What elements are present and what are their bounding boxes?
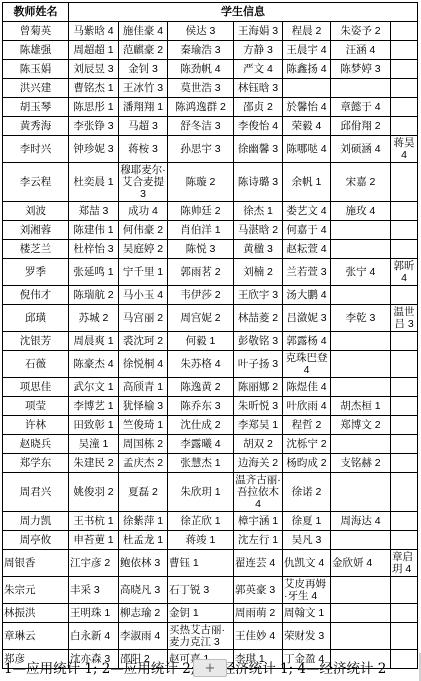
student-cell[interactable]: 陈乔东 3 [168, 397, 234, 416]
teacher-name-cell[interactable]: 项莹 [3, 397, 69, 416]
teacher-name-cell[interactable]: 胡玉琴 [3, 98, 69, 117]
student-cell[interactable]: 李乾 3 [331, 305, 391, 332]
table-row: 石薇陈豪杰 4徐悦桐 4朱苏格 4叶子扬 3克珠巴登 4 [3, 351, 418, 378]
student-cell[interactable]: 周国栋 2 [119, 435, 168, 454]
table-row: 周君兴姚俊羽 2夏磊 2朱欣玥 1温齐古丽·吾拉依木 4徐诺 2 [3, 473, 418, 512]
student-cell[interactable]: 翟连芸 4 [234, 550, 283, 577]
student-cell[interactable]: 吴潼 1 [69, 435, 119, 454]
student-cell[interactable] [391, 60, 418, 79]
student-cell[interactable]: 朱建民 2 [69, 454, 119, 473]
teacher-name-cell[interactable]: 项思佳 [3, 378, 69, 397]
student-cell[interactable]: 朱姿予 2 [331, 22, 391, 41]
student-cell[interactable]: 金欣妍 4 [331, 550, 391, 577]
table-row: 项莹李博艺 1犹怿榆 3陈乔东 3朱昕悦 3叶欣雨 4胡杰桓 1 [3, 397, 418, 416]
student-cell[interactable]: 竺俊琦 1 [119, 416, 168, 435]
student-cell[interactable]: 樟宇涵 1 [234, 512, 283, 531]
student-cell[interactable]: 马宫丽 2 [119, 305, 168, 332]
teacher-name-cell[interactable]: 周君兴 [3, 473, 69, 512]
table-row: 刘波郑喆 3成功 4陈帅廷 2徐杰 1娄艺文 4施玫 4 [3, 202, 418, 221]
student-cell[interactable] [331, 286, 391, 305]
student-cell[interactable]: 荣财发 3 [283, 623, 331, 650]
student-cell[interactable]: 章懿于 4 [331, 98, 391, 117]
table-row: 曾菊英马紫晗 4施佳豪 4侯达 3王海娟 3程晨 2朱姿予 2 [3, 22, 418, 41]
teacher-name-cell[interactable]: 李云程 [3, 163, 69, 202]
table-row: 章琳云白永新 4李淑雨 4买热艾古丽·麦力克江 3王佳妙 4荣财发 3 [3, 623, 418, 650]
teacher-name-cell[interactable]: 陈雄强 [3, 41, 69, 60]
student-cell[interactable] [283, 79, 331, 98]
student-cell[interactable] [391, 22, 418, 41]
student-cell[interactable]: 叶欣雨 4 [283, 397, 331, 416]
student-cell[interactable]: 陈丽娜 2 [234, 378, 283, 397]
student-cell[interactable]: 杜孟龙 1 [119, 531, 168, 550]
student-cell[interactable]: 陈鑫扬 4 [283, 60, 331, 79]
table-row: 郑学东朱建民 2孟庆杰 2张慧杰 1边海关 2杨昀成 2支铭赫 2 [3, 454, 418, 473]
table-row: 李时兴钟珍妮 3蒋桉 3孙思宇 3徐幽馨 3陈哪哒 4刘硕涵 4蒋昊 4 [3, 136, 418, 163]
student-cell[interactable] [391, 378, 418, 397]
student-cell[interactable]: 徐幽馨 3 [234, 136, 283, 163]
student-cell[interactable] [391, 221, 418, 240]
student-cell[interactable]: 王晨宇 4 [283, 41, 331, 60]
student-cell[interactable]: 柳志瑜 2 [119, 604, 168, 623]
student-cell[interactable]: 陈思彤 1 [69, 98, 119, 117]
student-cell[interactable]: 徐杰 1 [234, 202, 283, 221]
student-cell[interactable]: 李露曦 4 [168, 435, 234, 454]
table-row: 罗季张延鸣 1宁千里 1郭雨茗 2刘楠 2兰若萱 3张宁 4郭昕 4 [3, 259, 418, 286]
table-row: 许林田致彰 1竺俊琦 1沈仕成 2李郑吴 1程哲 2郑博文 2 [3, 416, 418, 435]
student-cell[interactable]: 买热艾古丽·麦力克江 3 [168, 623, 234, 650]
student-cell[interactable]: 潘翔翔 1 [119, 98, 168, 117]
student-cell[interactable]: 温齐古丽·吾拉依木 4 [234, 473, 283, 512]
student-cell[interactable]: 沈左行 1 [234, 531, 283, 550]
student-cell[interactable]: 刘硕涵 4 [331, 136, 391, 163]
table-row: 陈玉娟刘辰昱 3金钊 3陈劲帆 4严文 4陈鑫扬 4陈梦婷 3 [3, 60, 418, 79]
student-cell[interactable] [331, 604, 391, 623]
student-cell[interactable]: 刘辰昱 3 [69, 60, 119, 79]
student-cell[interactable]: 黄楹 3 [234, 240, 283, 259]
student-cell[interactable] [331, 623, 391, 650]
student-cell[interactable] [391, 240, 418, 259]
student-cell[interactable] [391, 117, 418, 136]
student-cell[interactable]: 夏磊 2 [119, 473, 168, 512]
student-cell[interactable]: 曹铭杰 1 [69, 79, 119, 98]
student-cell[interactable]: 赵耘萱 4 [283, 240, 331, 259]
student-cell[interactable]: 李博艺 1 [69, 397, 119, 416]
student-cell[interactable]: 徐紫萍 1 [119, 512, 168, 531]
student-cell[interactable]: 武尔文 1 [69, 378, 119, 397]
student-info-header: 学生信息 [69, 3, 418, 22]
student-cell[interactable]: 邱佾翔 2 [331, 117, 391, 136]
student-cell[interactable]: 马超 3 [119, 117, 168, 136]
student-cell[interactable]: 范麒豪 2 [119, 41, 168, 60]
table-body: 曾菊英马紫晗 4施佳豪 4侯达 3王海娟 3程晨 2朱姿予 2陈雄强周超超 1范… [3, 22, 418, 669]
student-cell[interactable]: 陈豪杰 4 [69, 351, 119, 378]
student-cell[interactable]: 刘楠 2 [234, 259, 283, 286]
student-cell[interactable] [391, 473, 418, 512]
student-cell[interactable] [391, 163, 418, 202]
teacher-name-cell[interactable]: 章琳云 [3, 623, 69, 650]
student-cell[interactable]: 方静 3 [234, 41, 283, 60]
teacher-name-cell[interactable]: 许林 [3, 416, 69, 435]
student-cell[interactable]: 仇凯文 4 [283, 550, 331, 577]
student-cell[interactable]: 陈劲帆 4 [168, 60, 234, 79]
student-cell[interactable] [391, 286, 418, 305]
student-cell[interactable] [331, 332, 391, 351]
student-cell[interactable] [331, 435, 391, 454]
student-cell[interactable]: 沈栎宁 2 [283, 435, 331, 454]
student-cell[interactable]: 石丁锐 3 [168, 577, 234, 604]
student-cell[interactable]: 宁千里 1 [119, 259, 168, 286]
student-cell[interactable]: 张慧杰 1 [168, 454, 234, 473]
student-cell[interactable]: 余帆 1 [283, 163, 331, 202]
student-cell[interactable]: 陈璇 2 [168, 163, 234, 202]
table-row: 沈银芳周晨爽 1裘沈珂 2何毅 1彭敬铭 3郭露杨 4 [3, 332, 418, 351]
student-cell[interactable]: 曹钰 1 [168, 550, 234, 577]
student-cell[interactable]: 章启玥 4 [391, 550, 418, 577]
student-cell[interactable]: 王佳妙 4 [234, 623, 283, 650]
student-cell[interactable]: 朱昕悦 3 [234, 397, 283, 416]
student-cell[interactable]: 丰采 3 [69, 577, 119, 604]
student-cell[interactable]: 叶子扬 3 [234, 351, 283, 378]
student-cell[interactable]: 犹怿榆 3 [119, 397, 168, 416]
student-cell[interactable]: 蒋桉 3 [119, 136, 168, 163]
student-cell[interactable]: 胡双 2 [234, 435, 283, 454]
student-cell[interactable] [331, 221, 391, 240]
teacher-name-cell[interactable]: 周亭攸 [3, 531, 69, 550]
student-cell[interactable]: 徐诺 2 [283, 473, 331, 512]
student-cell[interactable]: 张宁 4 [331, 259, 391, 286]
student-cell[interactable] [391, 41, 418, 60]
student-cell[interactable]: 孟庆杰 2 [119, 454, 168, 473]
student-cell[interactable]: 姚俊羽 2 [69, 473, 119, 512]
student-cell[interactable]: 宋嘉 2 [331, 163, 391, 202]
student-cell[interactable]: 鲍依林 3 [119, 550, 168, 577]
student-cell[interactable]: 陈悦 3 [168, 240, 234, 259]
student-cell[interactable]: 支铭赫 2 [331, 454, 391, 473]
student-cell[interactable]: 江宇彦 2 [69, 550, 119, 577]
student-cell[interactable]: 陈诗璐 3 [234, 163, 283, 202]
table-row: 倪伟才陈瑞航 2马小玉 4韦伊莎 2王欣宇 3汤大鹏 4 [3, 286, 418, 305]
student-cell[interactable]: 蒋昊 4 [391, 136, 418, 163]
student-cell[interactable] [391, 577, 418, 604]
teacher-name-cell[interactable]: 石薇 [3, 351, 69, 378]
student-cell[interactable] [331, 378, 391, 397]
student-cell[interactable] [391, 332, 418, 351]
table-row: 刘湘蓉陈建伟 1何伟豪 2肖伯洋 1马湛晗 2何嘉于 4 [3, 221, 418, 240]
teacher-name-cell[interactable]: 周力凯 [3, 512, 69, 531]
student-cell[interactable]: 莫世浩 3 [168, 79, 234, 98]
student-cell[interactable]: 克珠巴登 4 [283, 351, 331, 378]
student-cell[interactable]: 侯达 3 [168, 22, 234, 41]
table-row: 黄秀海李张铮 3马超 3舒冬洁 3李俊怡 4荣毅 4邱佾翔 2 [3, 117, 418, 136]
table-row: 赵晓兵吴潼 1周国栋 2李露曦 4胡双 2沈栎宁 2 [3, 435, 418, 454]
student-cell[interactable]: 陈帅廷 2 [168, 202, 234, 221]
table-row: 胡玉琴陈思彤 1潘翔翔 1陈鸿逸群 2邵贞 2於馨怡 4章懿于 4 [3, 98, 418, 117]
teacher-name-cell[interactable]: 曾菊英 [3, 22, 69, 41]
student-cell[interactable]: 陈哪哒 4 [283, 136, 331, 163]
student-cell[interactable]: 边海关 2 [234, 454, 283, 473]
student-cell[interactable]: 吕潋妮 3 [283, 305, 331, 332]
student-cell[interactable]: 温世吕 3 [391, 305, 418, 332]
student-cell[interactable]: 彭敬铭 3 [234, 332, 283, 351]
teacher-name-cell[interactable]: 邱璜 [3, 305, 69, 332]
student-cell[interactable]: 杜梓怡 3 [69, 240, 119, 259]
student-cell[interactable]: 马小玉 4 [119, 286, 168, 305]
student-cell[interactable]: 秦瑜浩 3 [168, 41, 234, 60]
table-row: 洪兴建曹铭杰 1王冰竹 3莫世浩 3林钰晗 3 [3, 79, 418, 98]
student-cell[interactable]: 李淑雨 4 [119, 623, 168, 650]
student-cell[interactable]: 陈逸黄 2 [168, 378, 234, 397]
student-cell[interactable] [391, 351, 418, 378]
student-cell[interactable]: 何毅 1 [168, 332, 234, 351]
student-cell[interactable]: 周晨爽 1 [69, 332, 119, 351]
student-cell[interactable]: 林钰晗 3 [234, 79, 283, 98]
student-cell[interactable]: 田致彰 1 [69, 416, 119, 435]
student-cell[interactable]: 郭雨茗 2 [168, 259, 234, 286]
student-cell[interactable]: 金钊 3 [119, 60, 168, 79]
student-cell[interactable] [331, 531, 391, 550]
table-row: 邱璜苏城 2马宫丽 2周宫妮 2林喆菱 2吕潋妮 3李乾 3温世吕 3 [3, 305, 418, 332]
student-cell[interactable] [391, 397, 418, 416]
table-row: 林振洪王明珠 1柳志瑜 2金钥 1周雨萌 2周翰文 1 [3, 604, 418, 623]
student-cell[interactable]: 於馨怡 4 [283, 98, 331, 117]
student-cell[interactable] [331, 351, 391, 378]
student-cell[interactable] [331, 79, 391, 98]
student-cell[interactable]: 韦伊莎 2 [168, 286, 234, 305]
teacher-name-cell[interactable]: 刘湘蓉 [3, 221, 69, 240]
student-cell[interactable]: 杨昀成 2 [283, 454, 331, 473]
student-cell[interactable]: 高晓凡 3 [119, 577, 168, 604]
student-cell[interactable]: 徐悦桐 4 [119, 351, 168, 378]
student-cell[interactable] [331, 577, 391, 604]
student-cell[interactable]: 荣毅 4 [283, 117, 331, 136]
teacher-name-cell[interactable]: 洪兴建 [3, 79, 69, 98]
student-cell[interactable]: 陈煜佳 4 [283, 378, 331, 397]
table-row: 项思佳武尔文 1高颀青 1陈逸黄 2陈丽娜 2陈煜佳 4 [3, 378, 418, 397]
student-cell[interactable]: 程晨 2 [283, 22, 331, 41]
table-row: 周亭攸申苔莄 1杜孟龙 1蒋竣 1沈左行 1吴凡 3 [3, 531, 418, 550]
student-cell[interactable] [391, 531, 418, 550]
student-cell[interactable]: 郭露杨 4 [283, 332, 331, 351]
student-cell[interactable]: 林喆菱 2 [234, 305, 283, 332]
student-cell[interactable]: 沈仕成 2 [168, 416, 234, 435]
header-row: 教师姓名 学生信息 [3, 3, 418, 22]
teacher-name-cell[interactable]: 林振洪 [3, 604, 69, 623]
student-cell[interactable]: 申苔莄 1 [69, 531, 119, 550]
teacher-name-cell[interactable]: 朱宗元 [3, 577, 69, 604]
student-cell[interactable]: 郑博文 2 [331, 416, 391, 435]
student-cell[interactable]: 孙思宇 3 [168, 136, 234, 163]
student-cell[interactable]: 汪涵 4 [331, 41, 391, 60]
student-cell[interactable]: 陈鸿逸群 2 [168, 98, 234, 117]
student-cell[interactable]: 杜奕晨 1 [69, 163, 119, 202]
student-cell[interactable] [391, 512, 418, 531]
student-cell[interactable]: 钟珍妮 3 [69, 136, 119, 163]
student-cell[interactable] [391, 98, 418, 117]
student-cell[interactable]: 王海娟 3 [234, 22, 283, 41]
teacher-name-cell[interactable]: 李时兴 [3, 136, 69, 163]
student-cell[interactable] [331, 240, 391, 259]
teacher-name-cell[interactable]: 罗季 [3, 259, 69, 286]
student-cell[interactable]: 吴凡 3 [283, 531, 331, 550]
student-cell[interactable] [331, 473, 391, 512]
teacher-name-cell[interactable]: 周银香 [3, 550, 69, 577]
student-cell[interactable] [391, 435, 418, 454]
student-cell[interactable]: 周雨萌 2 [234, 604, 283, 623]
table-row: 楼芝兰杜梓怡 3吴庭婷 2陈悦 3黄楹 3赵耘萱 4 [3, 240, 418, 259]
student-cell[interactable]: 马紫晗 4 [69, 22, 119, 41]
student-cell[interactable]: 马湛晗 2 [234, 221, 283, 240]
student-cell[interactable]: 肖伯洋 1 [168, 221, 234, 240]
student-cell[interactable]: 程哲 2 [283, 416, 331, 435]
student-cell[interactable]: 周翰文 1 [283, 604, 331, 623]
student-cell[interactable]: 朱欣玥 1 [168, 473, 234, 512]
student-cell[interactable]: 何嘉于 4 [283, 221, 331, 240]
teacher-name-header: 教师姓名 [3, 3, 69, 22]
student-cell[interactable]: 李郑吴 1 [234, 416, 283, 435]
student-cell[interactable]: 施玫 4 [331, 202, 391, 221]
student-cell[interactable]: 邵贞 2 [234, 98, 283, 117]
student-cell[interactable] [391, 416, 418, 435]
student-cell[interactable]: 徐夏 1 [283, 512, 331, 531]
student-cell[interactable]: 王欣宇 3 [234, 286, 283, 305]
table-row: 李云程杜奕晨 1穆耶麦尔·艾合麦提 3陈璇 2陈诗璐 3余帆 1宋嘉 2 [3, 163, 418, 202]
student-cell[interactable]: 周超超 1 [69, 41, 119, 60]
student-cell[interactable]: 王冰竹 3 [119, 79, 168, 98]
table-row: 周银香江宇彦 2鲍依林 3曹钰 1翟连芸 4仇凯文 4金欣妍 4章启玥 4 [3, 550, 418, 577]
table-row: 朱宗元丰采 3高晓凡 3石丁锐 3郭英豪 3艾皮再姆·牙生 4 [3, 577, 418, 604]
student-cell[interactable]: 胡杰桓 1 [331, 397, 391, 416]
student-cell[interactable]: 裘沈珂 2 [119, 332, 168, 351]
student-info-table: 教师姓名 学生信息 曾菊英马紫晗 4施佳豪 4侯达 3王海娟 3程晨 2朱姿予 … [2, 2, 418, 669]
student-cell[interactable]: 陈建伟 1 [69, 221, 119, 240]
student-cell[interactable]: 郑喆 3 [69, 202, 119, 221]
student-cell[interactable]: 高颀青 1 [119, 378, 168, 397]
table-row: 周力凯王书杭 1徐紫萍 1徐芷欣 1樟宇涵 1徐夏 1周海达 4 [3, 512, 418, 531]
student-cell[interactable]: 艾皮再姆·牙生 4 [283, 577, 331, 604]
student-cell[interactable]: 何伟豪 2 [119, 221, 168, 240]
teacher-name-cell[interactable]: 黄秀海 [3, 117, 69, 136]
teacher-name-cell[interactable]: 刘波 [3, 202, 69, 221]
teacher-name-cell[interactable]: 倪伟才 [3, 286, 69, 305]
student-cell[interactable]: 张延鸣 1 [69, 259, 119, 286]
student-cell[interactable]: 穆耶麦尔·艾合麦提 3 [119, 163, 168, 202]
student-cell[interactable]: 汤大鹏 4 [283, 286, 331, 305]
student-cell[interactable]: 蒋竣 1 [168, 531, 234, 550]
student-cell[interactable]: 陈瑞航 2 [69, 286, 119, 305]
student-cell[interactable]: 苏城 2 [69, 305, 119, 332]
student-cell[interactable]: 王明珠 1 [69, 604, 119, 623]
student-cell[interactable]: 郭昕 4 [391, 259, 418, 286]
teacher-name-cell[interactable]: 楼芝兰 [3, 240, 69, 259]
student-cell[interactable]: 娄艺文 4 [283, 202, 331, 221]
student-cell[interactable]: 舒冬洁 3 [168, 117, 234, 136]
plus-button[interactable]: + [193, 659, 227, 677]
student-cell[interactable]: 郭英豪 3 [234, 577, 283, 604]
teacher-name-cell[interactable]: 赵晓兵 [3, 435, 69, 454]
student-cell[interactable]: 李张铮 3 [69, 117, 119, 136]
student-cell[interactable]: 周海达 4 [331, 512, 391, 531]
student-cell[interactable] [391, 79, 418, 98]
student-cell[interactable]: 白永新 4 [69, 623, 119, 650]
student-cell[interactable]: 施佳豪 4 [119, 22, 168, 41]
table-row: 陈雄强周超超 1范麒豪 2秦瑜浩 3方静 3王晨宇 4汪涵 4 [3, 41, 418, 60]
student-cell[interactable]: 徐芷欣 1 [168, 512, 234, 531]
teacher-name-cell[interactable]: 陈玉娟 [3, 60, 69, 79]
teacher-name-cell[interactable]: 郑学东 [3, 454, 69, 473]
student-cell[interactable]: 李俊怡 4 [234, 117, 283, 136]
student-cell[interactable]: 周宫妮 2 [168, 305, 234, 332]
student-cell[interactable]: 朱苏格 4 [168, 351, 234, 378]
student-cell[interactable]: 严文 4 [234, 60, 283, 79]
student-cell[interactable]: 兰若萱 3 [283, 259, 331, 286]
student-cell[interactable]: 金钥 1 [168, 604, 234, 623]
student-cell[interactable]: 吴庭婷 2 [119, 240, 168, 259]
teacher-name-cell[interactable]: 沈银芳 [3, 332, 69, 351]
student-cell[interactable]: 陈梦婷 3 [331, 60, 391, 79]
student-cell[interactable] [391, 604, 418, 623]
student-cell[interactable] [391, 202, 418, 221]
student-cell[interactable] [391, 454, 418, 473]
student-cell[interactable]: 王书杭 1 [69, 512, 119, 531]
student-cell[interactable]: 成功 4 [119, 202, 168, 221]
student-cell[interactable] [391, 623, 418, 650]
